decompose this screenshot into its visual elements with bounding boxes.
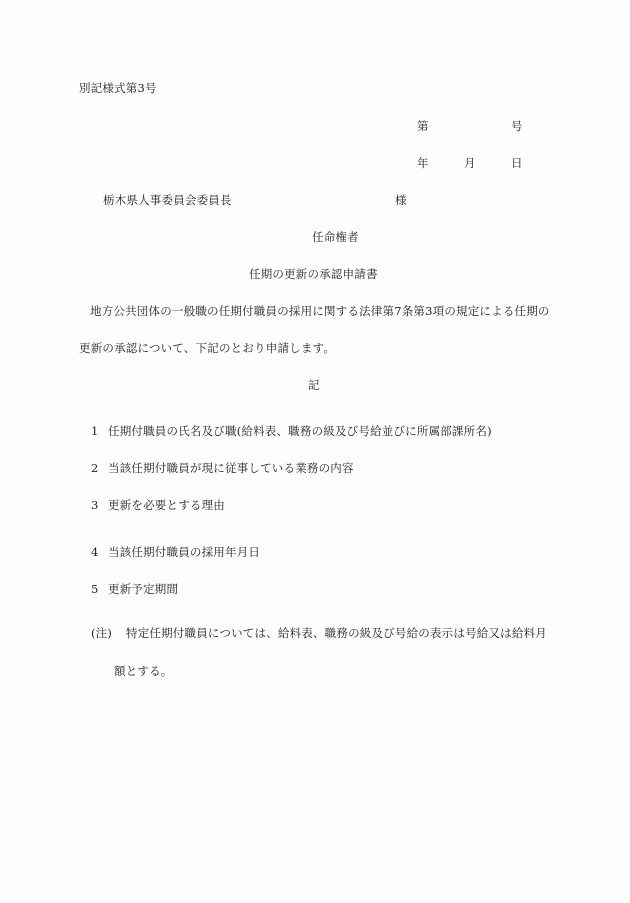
item-2-number: 2 [91, 461, 99, 475]
note-line-2: 額とする。 [114, 664, 173, 678]
number-prefix: 第 [417, 119, 429, 133]
number-suffix: 号 [511, 119, 523, 133]
item-4-number: 4 [91, 545, 99, 559]
body-line-1: 地方公共団体の一般職の任期付職員の採用に関する法律第7条第3項の規定による任期の [90, 304, 550, 318]
addressee-honorific: 様 [395, 193, 407, 207]
document-title: 任期の更新の承認申請書 [249, 267, 378, 281]
ki-heading: 記 [308, 378, 320, 392]
item-5-number: 5 [91, 582, 99, 596]
item-5-text: 更新予定期間 [108, 582, 178, 596]
body-line-2: 更新の承認について、下記のとおり申請します。 [79, 341, 335, 355]
item-2-text: 当該任期付職員が現に従事している業務の内容 [108, 461, 354, 475]
item-1-number: 1 [91, 424, 99, 438]
form-label: 別記様式第3号 [79, 81, 157, 95]
document-page: 別記様式第3号 第 号 年 月 日 栃木県人事委員会委員長 様 任命権者 任期の… [0, 0, 630, 903]
item-1-text: 任期付職員の氏名及び職(給料表、職務の級及び号給並びに所属部課所名) [108, 424, 492, 438]
addressee-name: 栃木県人事委員会委員長 [103, 193, 232, 207]
item-3-number: 3 [91, 498, 99, 512]
note-line-1: 特定任期付職員については、給料表、職務の級及び号給の表示は号給又は給料月 [126, 626, 547, 640]
item-3-text: 更新を必要とする理由 [108, 498, 225, 512]
date-day: 日 [511, 156, 523, 170]
sender-label: 任命権者 [312, 230, 359, 244]
item-4-text: 当該任期付職員の採用年月日 [108, 545, 260, 559]
date-month: 月 [464, 156, 476, 170]
note-label: (注) [91, 626, 112, 640]
date-year: 年 [417, 156, 429, 170]
